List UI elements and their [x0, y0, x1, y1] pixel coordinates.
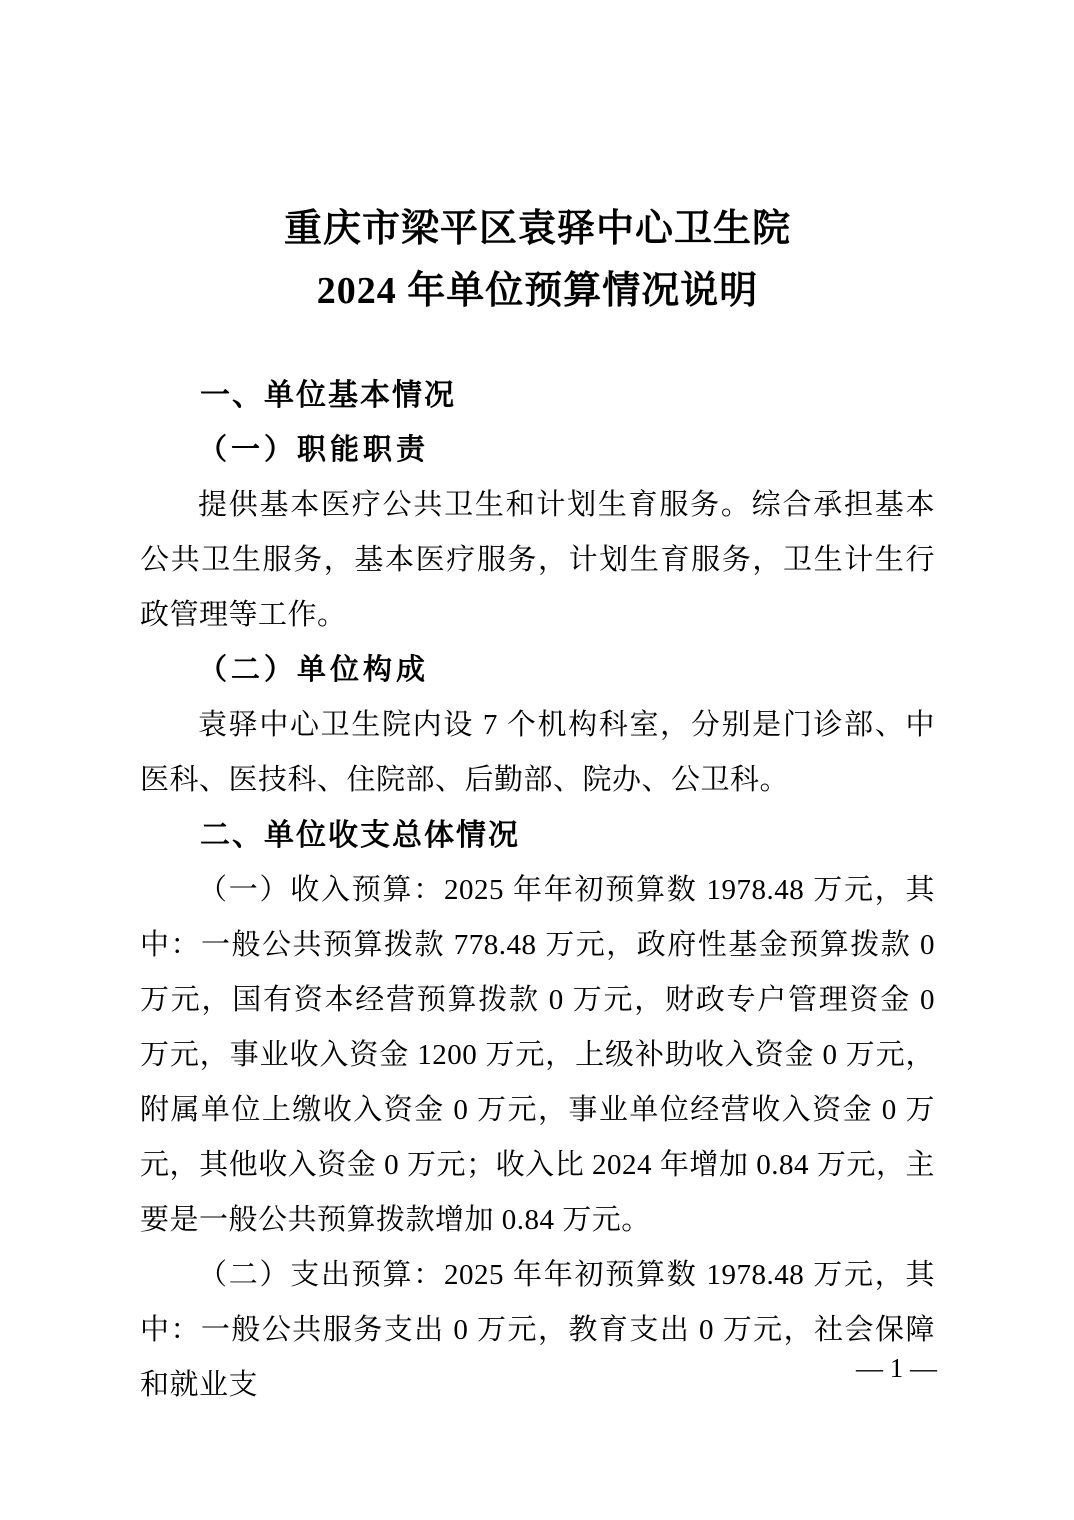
- page-footer: — 1 —: [856, 1352, 937, 1384]
- document-title: 重庆市梁平区袁驿中心卫生院 2024 年单位预算情况说明: [140, 0, 935, 322]
- section-heading-budget-overview: 二、单位收支总体情况: [140, 808, 935, 863]
- title-line-2: 2024 年单位预算情况说明: [140, 260, 935, 322]
- document-page: 重庆市梁平区袁驿中心卫生院 2024 年单位预算情况说明 一、单位基本情况 （一…: [0, 0, 1074, 1520]
- paragraph-income-budget: （一）收入预算：2025 年年初预算数 1978.48 万元，其中：一般公共预算…: [140, 863, 935, 1248]
- paragraph-expenditure-budget: （二）支出预算：2025 年年初预算数 1978.48 万元，其中：一般公共服务…: [140, 1248, 935, 1413]
- title-line-1: 重庆市梁平区袁驿中心卫生院: [140, 198, 935, 260]
- paragraph-composition: 袁驿中心卫生院内设 7 个机构科室，分别是门诊部、中医科、医技科、住院部、后勤部…: [140, 698, 935, 808]
- page-number: — 1 —: [856, 1353, 937, 1383]
- subsection-heading-composition: （二）单位构成: [140, 643, 935, 698]
- section-heading-basic-info: 一、单位基本情况: [140, 368, 935, 423]
- paragraph-duties: 提供基本医疗公共卫生和计划生育服务。综合承担基本公共卫生服务，基本医疗服务，计划…: [140, 478, 935, 643]
- document-content: 重庆市梁平区袁驿中心卫生院 2024 年单位预算情况说明 一、单位基本情况 （一…: [140, 0, 935, 1413]
- subsection-heading-duties: （一）职能职责: [140, 423, 935, 478]
- document-body: 一、单位基本情况 （一）职能职责 提供基本医疗公共卫生和计划生育服务。综合承担基…: [140, 368, 935, 1413]
